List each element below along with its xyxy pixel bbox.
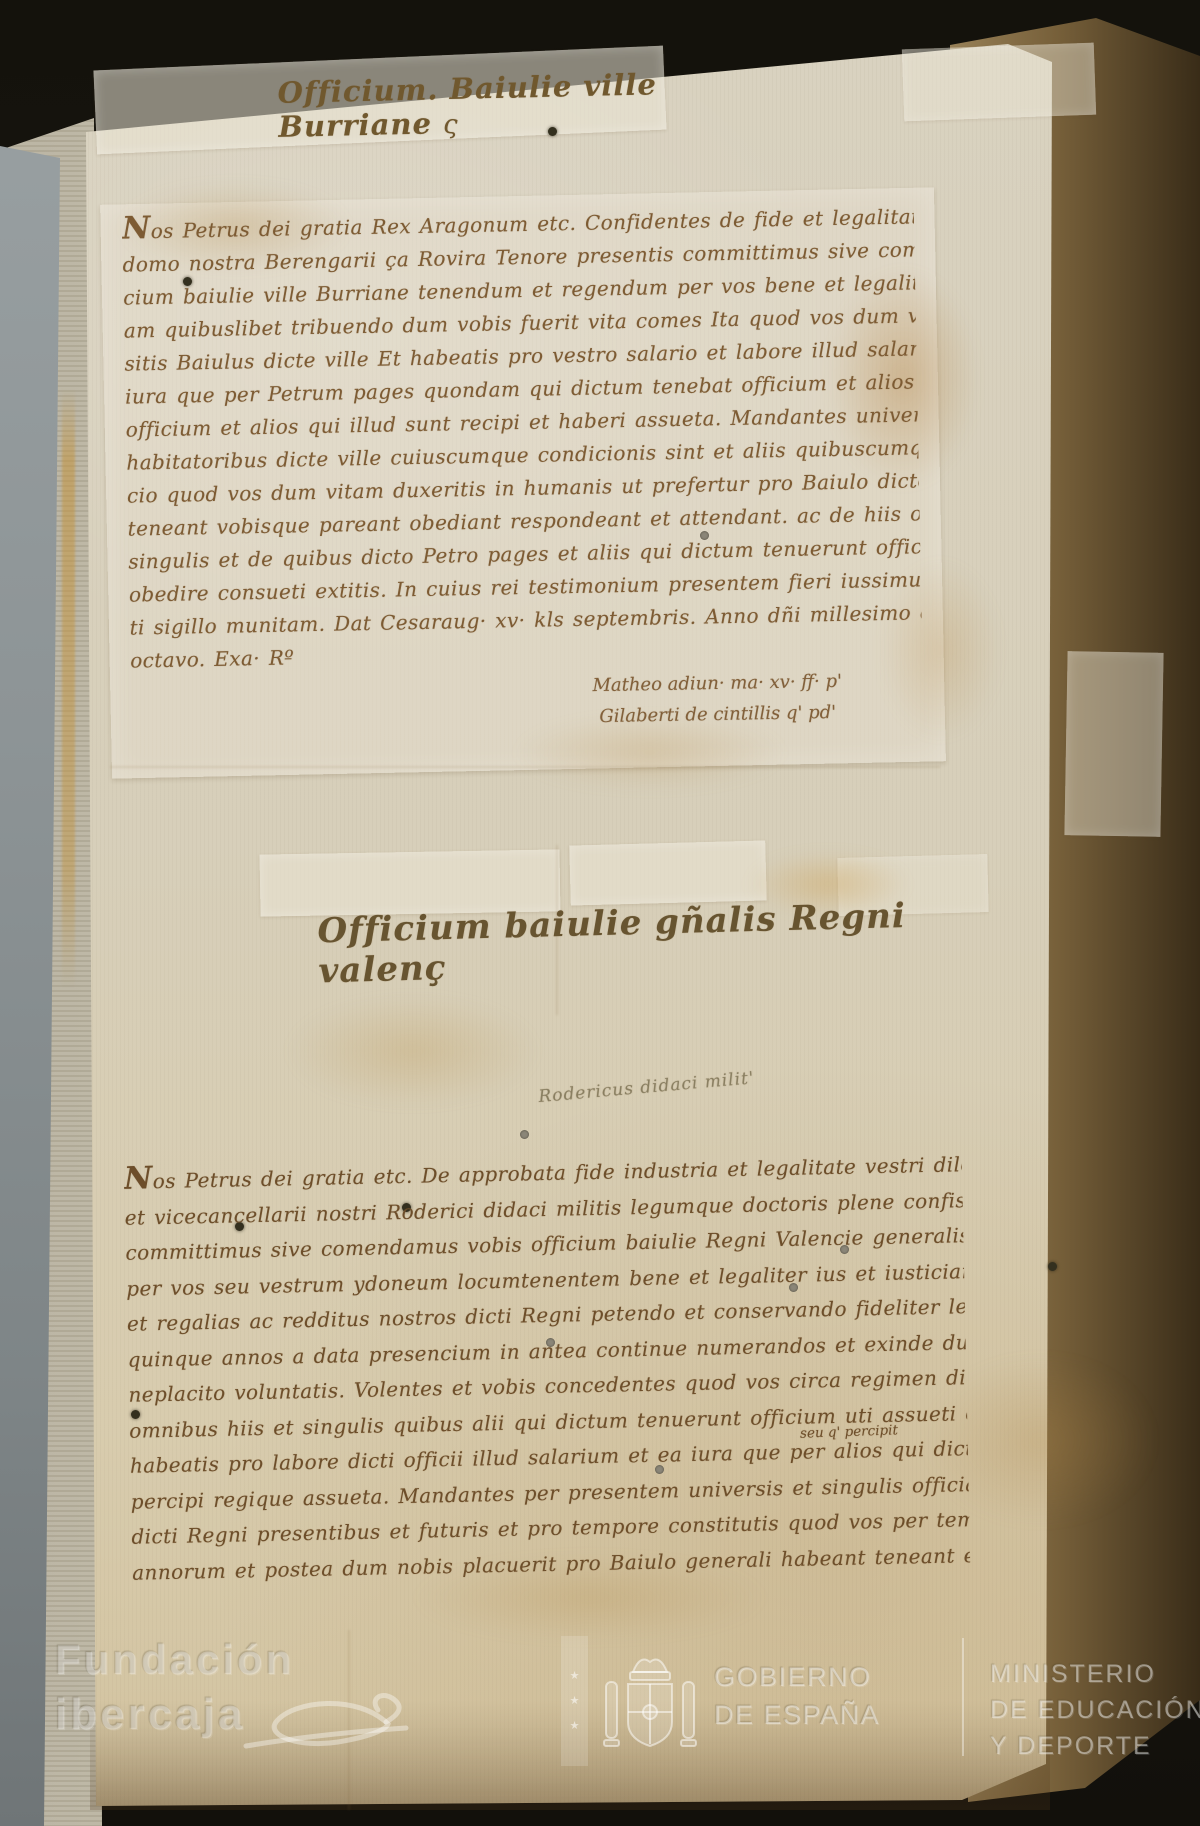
crease-line — [110, 766, 940, 768]
charter-burriana-block: Nos Petrus dei gratia Rex Aragonum etc. … — [122, 197, 923, 677]
book-photo: Officium. Baiulie ville Burriane ς Nos P… — [0, 0, 1200, 1826]
heading-general: Officium baiulie gñalis Regni valenç — [317, 895, 959, 992]
watermark-ministerio-line2: DE EDUCACIÓN, CULTURA — [990, 1696, 1200, 1725]
watermark-divider — [962, 1638, 964, 1756]
flag-star: ★ — [570, 1721, 580, 1732]
worm-hole — [1048, 1262, 1057, 1271]
signature-line: Gilaberti de cintillis q' pd' — [545, 696, 890, 733]
flag-star: ★ — [570, 1696, 580, 1707]
watermark-ministerio-line1: MINISTERIO — [990, 1660, 1156, 1689]
heading-burriana: Officium. Baiulie ville Burriane ς — [277, 64, 798, 144]
tape-patch — [569, 840, 767, 905]
tape-patch — [902, 43, 1096, 122]
gutter-tape-stain — [62, 388, 75, 988]
worm-hole — [520, 1130, 529, 1139]
interlinear-note: seu q' percipit — [800, 1422, 898, 1441]
tape-patch — [1064, 651, 1163, 837]
watermark-ministerio-line3: Y DEPORTE — [990, 1732, 1152, 1761]
watermark-ibercaja-line2: ibercaja — [55, 1690, 245, 1740]
heading-burriana-text: Officium. Baiulie ville Burriane — [277, 67, 657, 144]
charter-general-block: Nos Petrus dei gratia etc. De approbata … — [124, 1144, 971, 1590]
signature-line: Matheo adiun· ma· xv· ff· p' — [544, 665, 889, 702]
spain-coat-of-arms-icon — [600, 1648, 700, 1766]
stain — [288, 996, 538, 1106]
ibercaja-bird-icon — [238, 1676, 413, 1771]
watermark-gobierno-line2: DE ESPAÑA — [714, 1700, 880, 1731]
signature-block: Matheo adiun· ma· xv· ff· p' Gilaberti d… — [544, 665, 890, 733]
spain-flag-icon: ★ ★ ★ — [561, 1636, 588, 1766]
flag-star: ★ — [570, 1671, 580, 1682]
heading-flourish: ς — [443, 110, 459, 140]
watermark-gobierno-line1: GOBIERNO — [714, 1662, 872, 1693]
